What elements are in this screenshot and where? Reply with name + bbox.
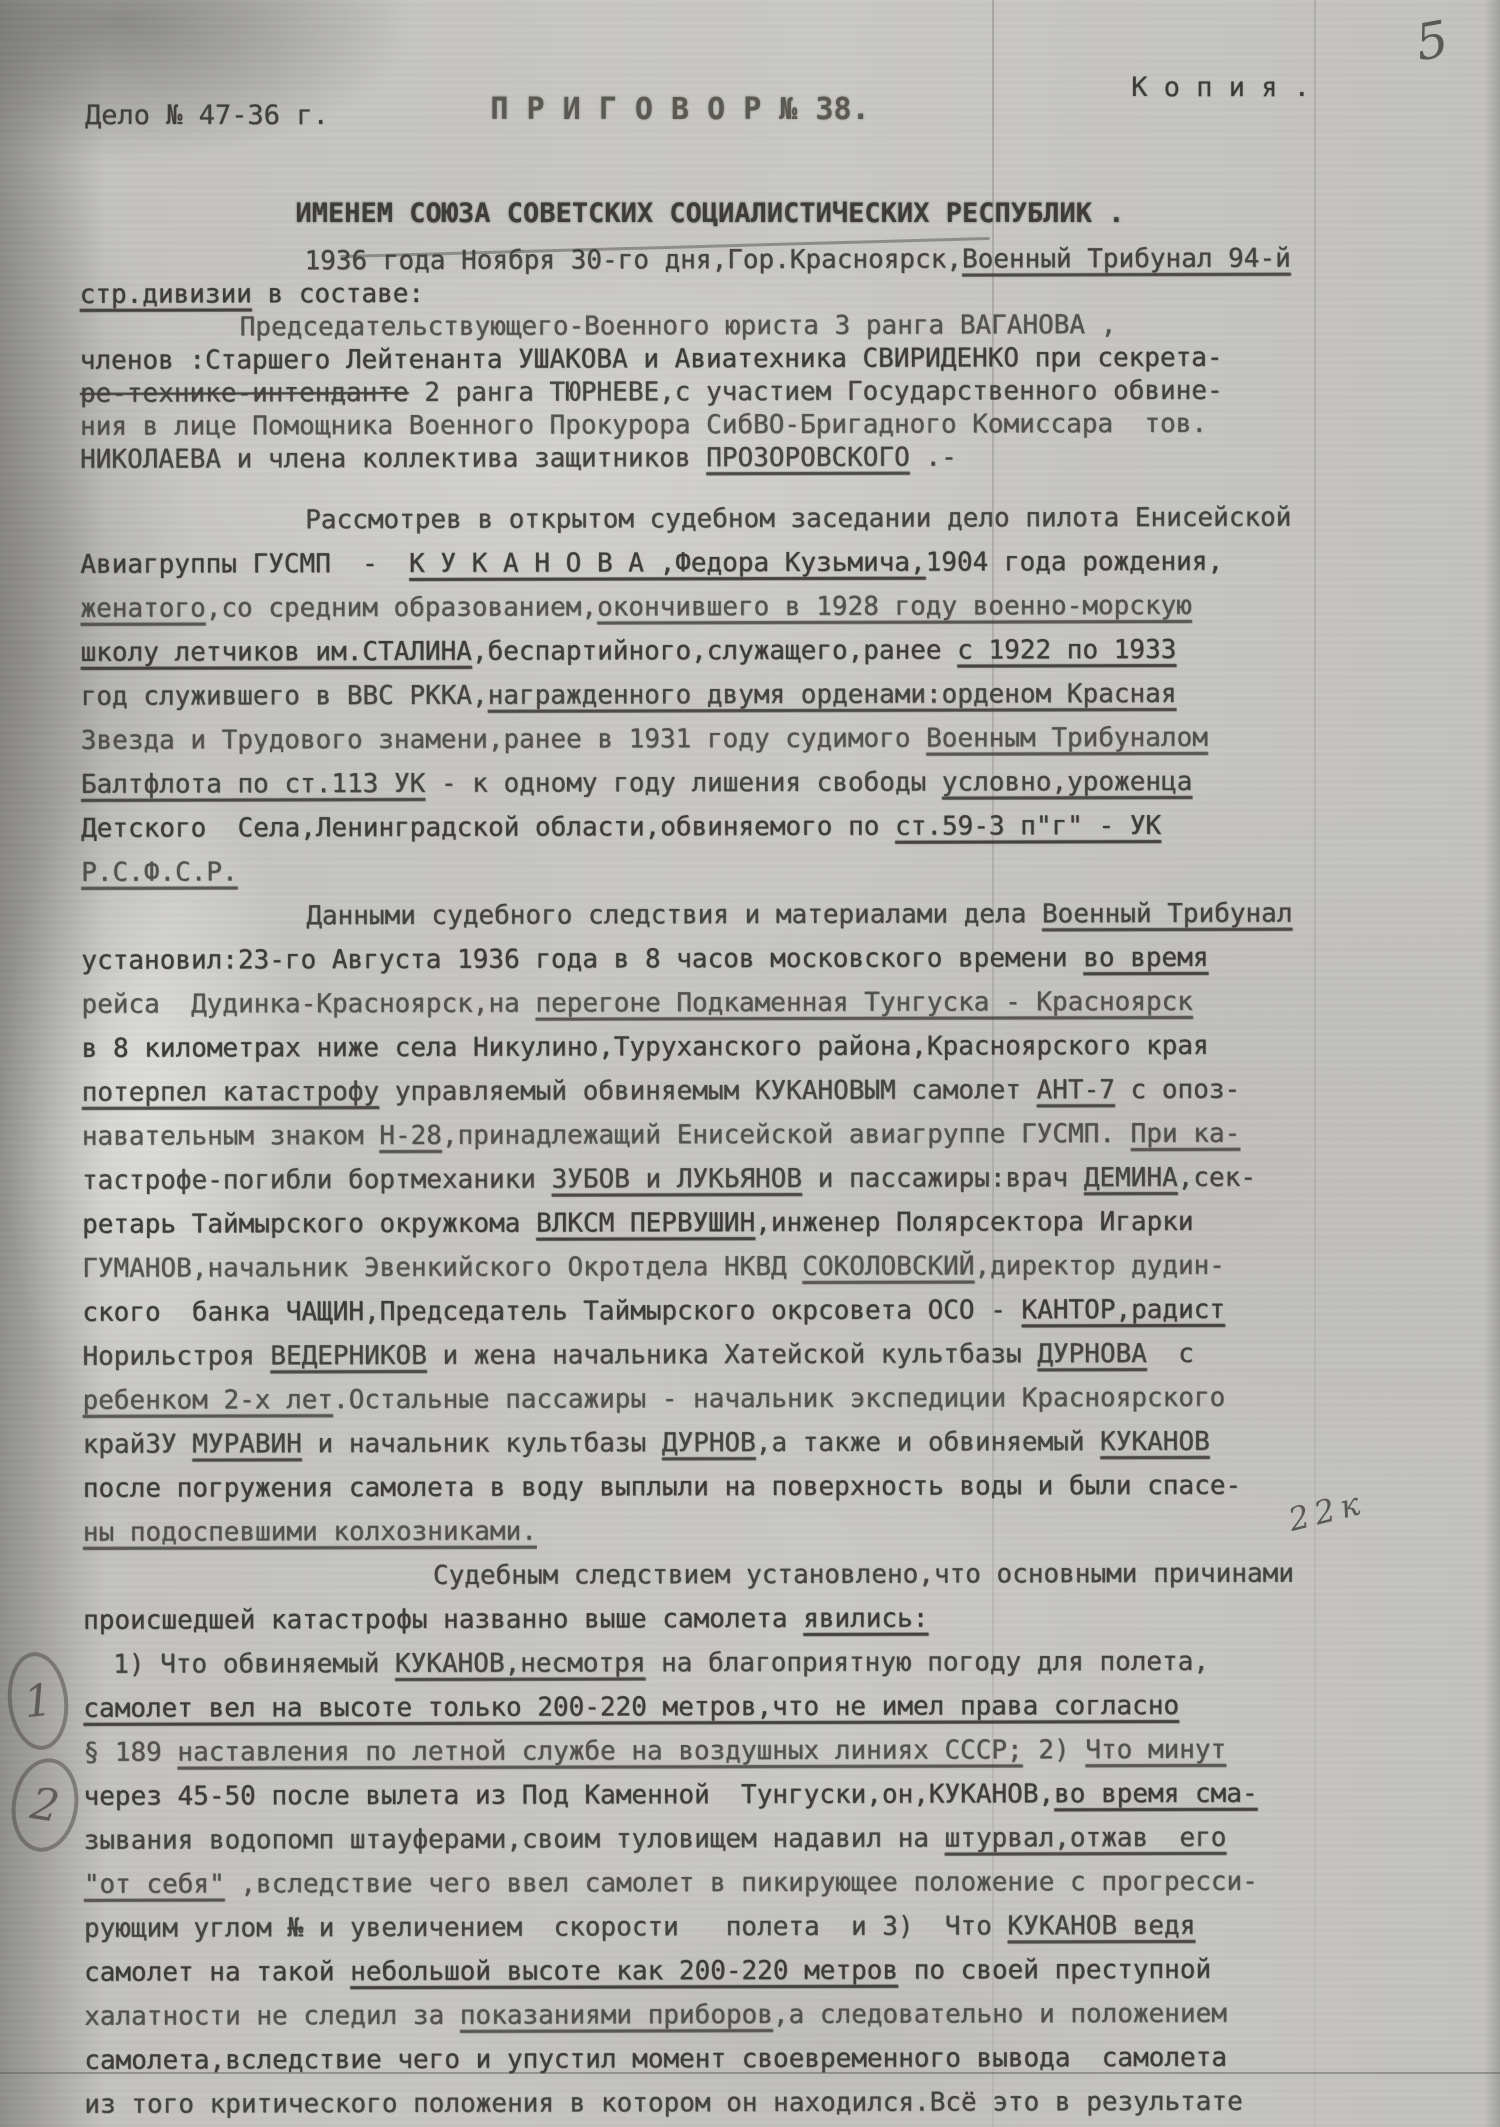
document-line: из того критического положения в котором… (84, 2079, 1480, 2127)
document-line: членов :Старшего Лейтенанта УШАКОВА и Ав… (80, 341, 1476, 378)
document-line: ГУМАНОВ,начальник Эвенкийского Окротдела… (82, 1243, 1478, 1291)
document-line: стр.дивизии в составе: (80, 275, 1476, 312)
document-line: ребенком 2-х лет.Остальные пассажиры - н… (83, 1375, 1479, 1423)
document-line: через 45-50 после вылета из Под Каменной… (84, 1771, 1480, 1819)
document-line: рующим углом № и увеличением скорости по… (84, 1903, 1480, 1951)
document-line: Данными судебного следствия и материалам… (81, 891, 1477, 939)
document-line: самолет на такой небольшой высоте как 20… (84, 1947, 1480, 1995)
document-line: тастрофе-погибли бортмеханики ЗУБОВ и ЛУ… (82, 1155, 1478, 1203)
paragraph: 1) Что обвиняемый КУКАНОВ,несмотря на бл… (83, 1639, 1480, 2127)
document-line: 1) Что обвиняемый КУКАНОВ,несмотря на бл… (83, 1639, 1479, 1687)
document-line: Детского Села,Ленинградской области,обви… (81, 803, 1477, 851)
document-line: "от себя" ,вследствие чего ввел самолет … (84, 1859, 1480, 1907)
document-line: ретарь Таймырского окружкома ВЛКСМ ПЕРВУ… (82, 1199, 1478, 1247)
document-line: ского банка ЧАЩИН,Председатель Таймырско… (82, 1287, 1478, 1335)
document-line: Судебным следствием установлено,что осно… (83, 1551, 1479, 1599)
document-line: рейса Дудинка-Красноярск,на перегоне Под… (81, 979, 1477, 1027)
paragraph: Данными судебного следствия и материалам… (81, 891, 1479, 1555)
document-line: самолета,вследствие чего и упустил момен… (84, 2035, 1480, 2083)
document-line: Балтфлота по ст.113 УК - к одному году л… (81, 759, 1477, 807)
document-line: ния в лице Помощника Военного Прокурора … (80, 407, 1476, 444)
document-line: после погружения самолета в воду выплыли… (83, 1463, 1479, 1511)
document-line: Звезда и Трудового знамени,ранее в 1931 … (81, 715, 1477, 763)
document-line: Председательствующего-Военного юриста 3 … (80, 308, 1476, 345)
document-line: крайЗУ МУРАВИН и начальник культбазы ДУР… (83, 1419, 1479, 1467)
document-line: § 189 наставления по летной службе на во… (83, 1727, 1479, 1775)
document-line: Рассмотрев в открытом судебном заседании… (80, 495, 1476, 543)
document-title: П Р И Г О В О Р № 38. (0, 92, 1360, 127)
page-edge-shadow (1484, 0, 1500, 2127)
document-line: 1936 года Ноября 30-го дня,Гор.Красноярс… (80, 242, 1476, 279)
paragraph: Рассмотрев в открытом судебном заседании… (80, 495, 1477, 895)
paragraph: 1936 года Ноября 30-го дня,Гор.Красноярс… (80, 242, 1477, 477)
paragraph: Судебным следствием установлено,что осно… (83, 1551, 1479, 1643)
document-line: ре-технике-интенданте 2 ранга ТЮРНЕВЕ,с … (80, 374, 1476, 411)
document-line: в 8 километрах ниже села Никулино,Туруха… (82, 1023, 1478, 1071)
document-body: 1936 года Ноября 30-го дня,Гор.Красноярс… (80, 242, 1481, 2127)
document-line: Р.С.Ф.С.Р. (81, 847, 1477, 895)
document-line: навательным знаком Н-28,принадлежащий Ен… (82, 1111, 1478, 1159)
document-line: ны подоспевшими колхозниками. (83, 1507, 1479, 1555)
document-line: Авиагруппы ГУСМП - К У К А Н О В А ,Федо… (80, 539, 1476, 587)
document-line: установил:23-го Августа 1936 года в 8 ча… (81, 935, 1477, 983)
document-line: женатого,со средним образованием,окончив… (80, 583, 1476, 631)
document-line: школу летчиков им.СТАЛИНА,беспартийного,… (81, 627, 1477, 675)
document-line: зывания водопомп штауферами,своим тулови… (84, 1815, 1480, 1863)
document-line: самолет вел на высоте только 200-220 мет… (83, 1683, 1479, 1731)
document-line: год служившего в ВВС РККА,награжденного … (81, 671, 1477, 719)
document-line: Норильстроя ВЕДЕРНИКОВ и жена начальника… (82, 1331, 1478, 1379)
document-line: НИКОЛАЕВА и члена коллектива защитников … (80, 440, 1476, 477)
document-line: происшедшей катастрофы названно выше сам… (83, 1595, 1479, 1643)
document-line: халатности не следил за показаниями приб… (84, 1991, 1480, 2039)
document-subtitle: ИМЕНЕМ СОЮЗА СОВЕТСКИХ СОЦИАЛИСТИЧЕСКИХ … (40, 198, 1380, 229)
document-line: потерпел катастрофу управляемый обвиняем… (82, 1067, 1478, 1115)
